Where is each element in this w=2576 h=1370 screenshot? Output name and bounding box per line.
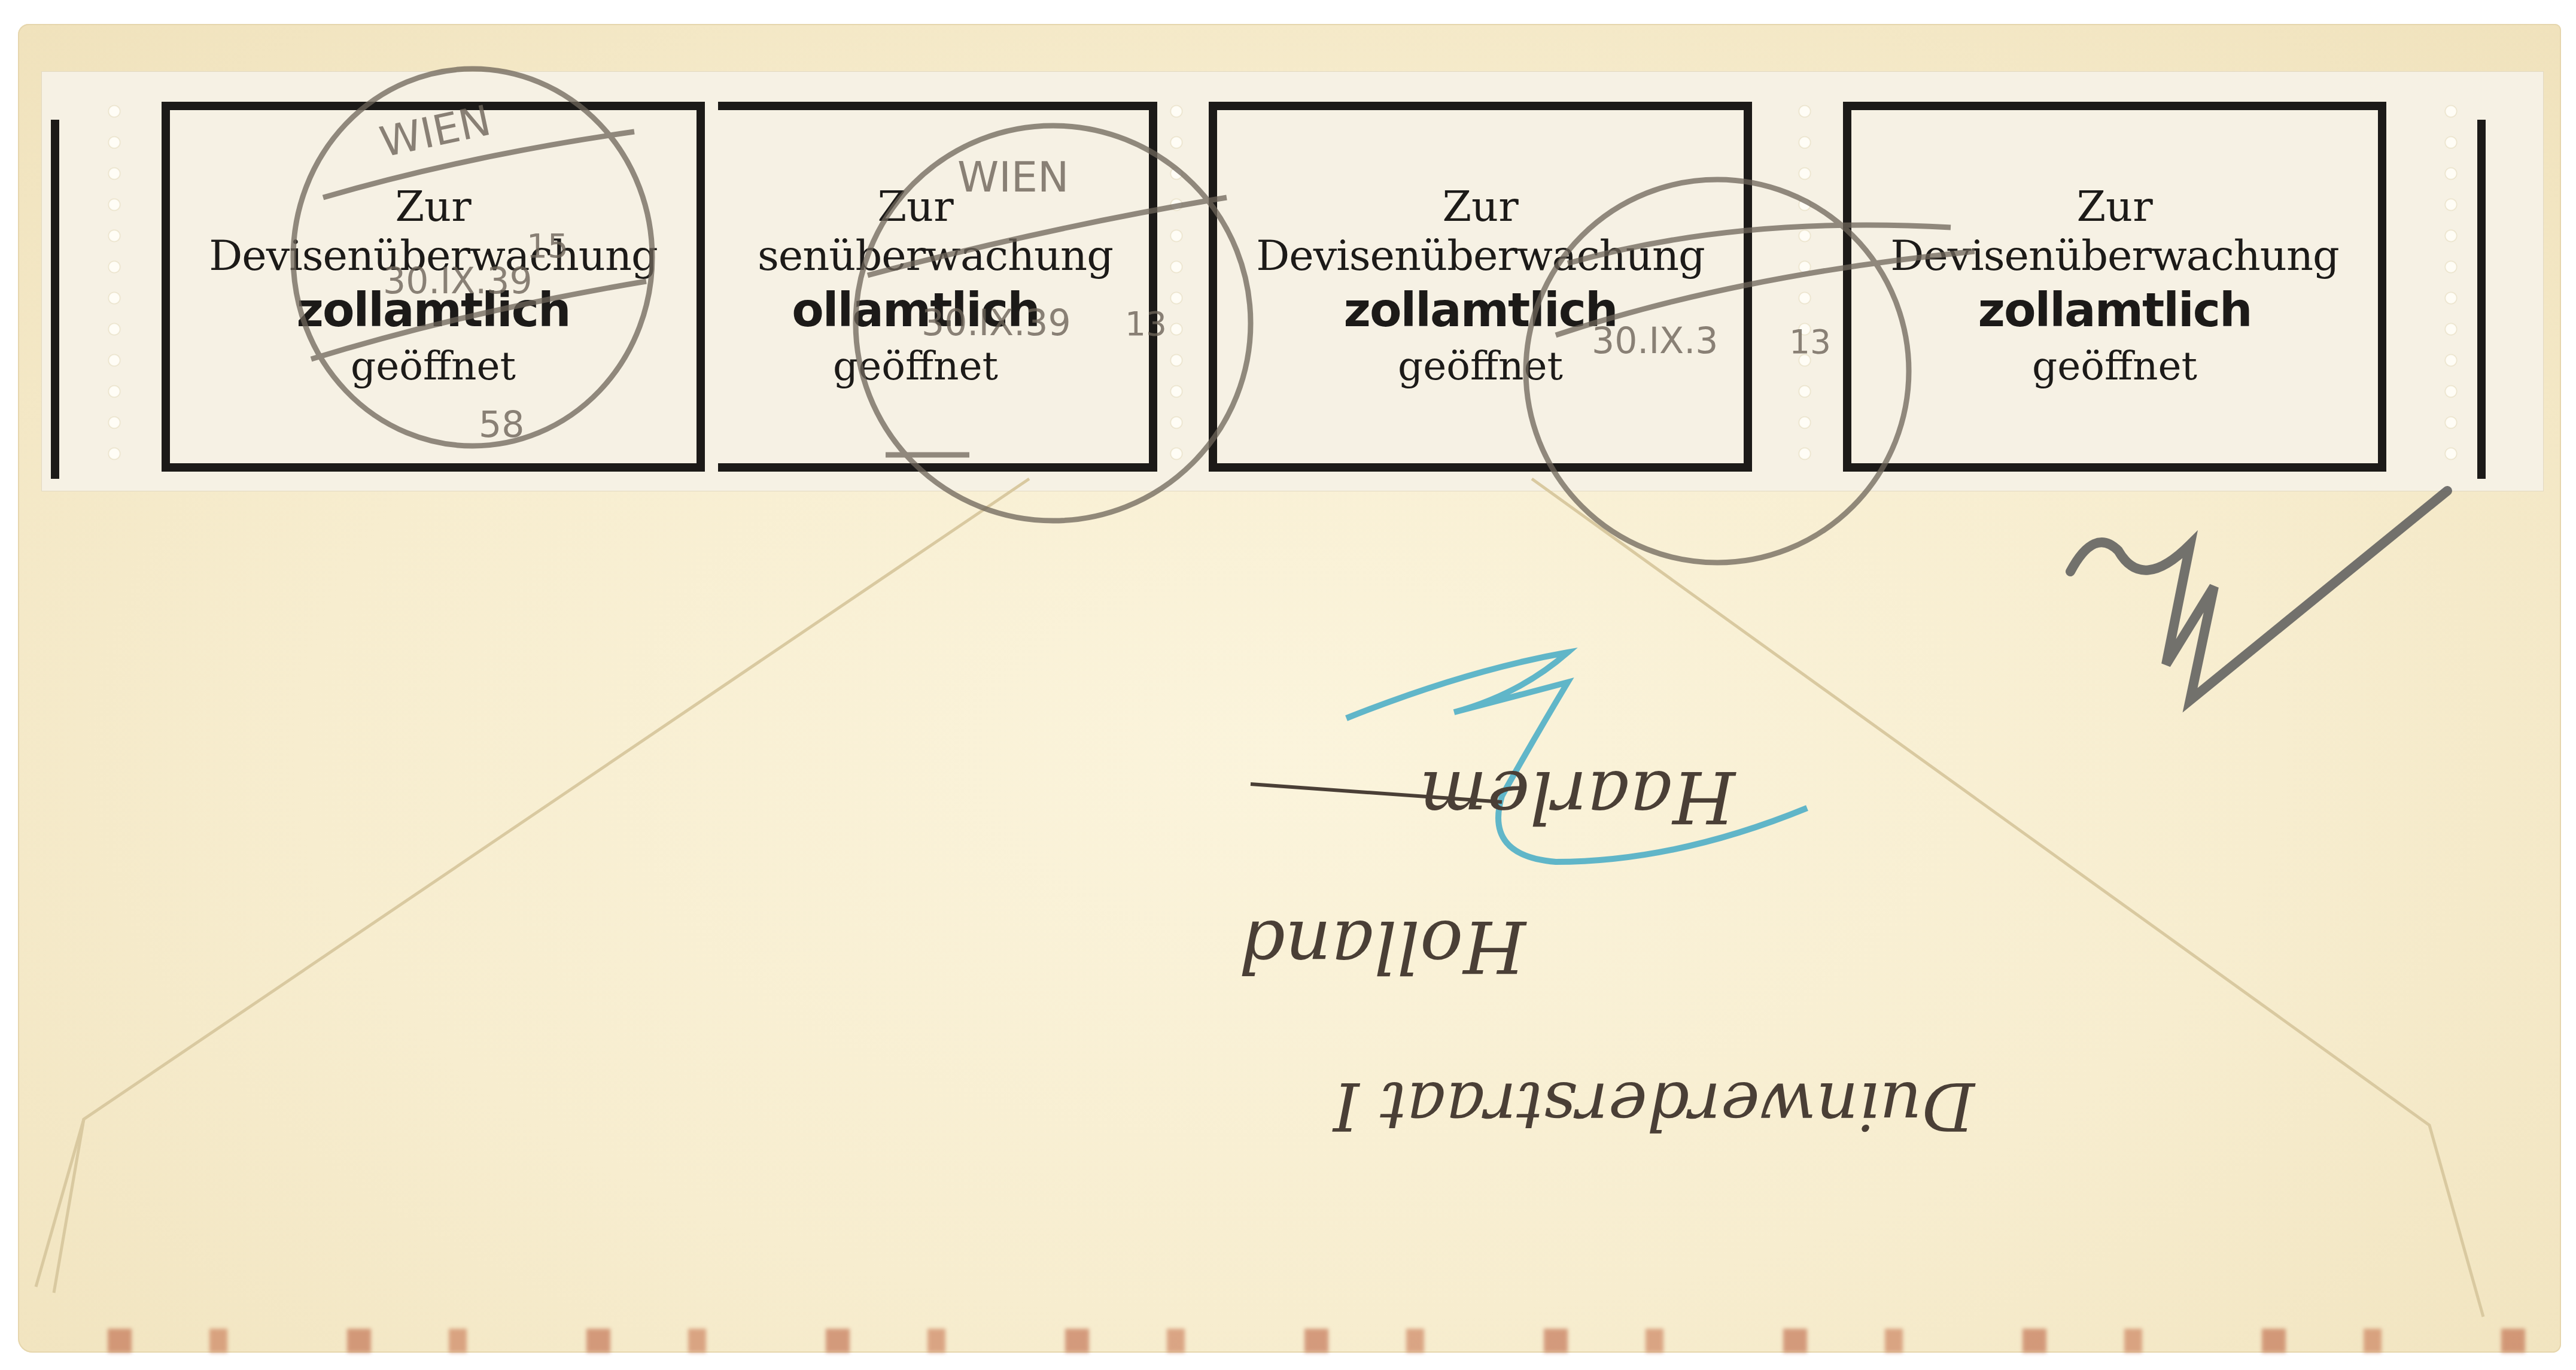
- postmark-3-hour: 13: [1789, 323, 1831, 361]
- postmark-1-code: 58: [479, 404, 524, 446]
- postmark-1-date: 30.IX.39: [383, 260, 533, 302]
- postmark-2-city: WIEN: [957, 153, 1069, 202]
- pencil-mark-icon: [2070, 491, 2447, 700]
- postmark-1-hour: 15: [527, 227, 568, 265]
- handwriting-line-holland: Holland: [1239, 904, 1527, 988]
- handwriting-line-haarlem: Haarlem: [1419, 755, 1736, 838]
- postmark-3: [1526, 180, 1975, 563]
- postmark-3-date: 30.IX.3: [1592, 320, 1718, 362]
- postmark-2-date: 30.IX.39: [921, 302, 1071, 344]
- envelope-markings: WIEN 30.IX.39 15 58 WIEN 30.IX.39 13 30.…: [0, 0, 2576, 1370]
- postmark-1-city: WIEN: [376, 96, 495, 167]
- postmark-2-hour: 13: [1125, 305, 1167, 343]
- flap-fold-lines: [36, 479, 2483, 1317]
- handwriting-address: Haarlem Holland Duinwerderstraat I: [1239, 755, 1976, 1144]
- handwriting-line-street: Duinwerderstraat I: [1331, 1068, 1976, 1144]
